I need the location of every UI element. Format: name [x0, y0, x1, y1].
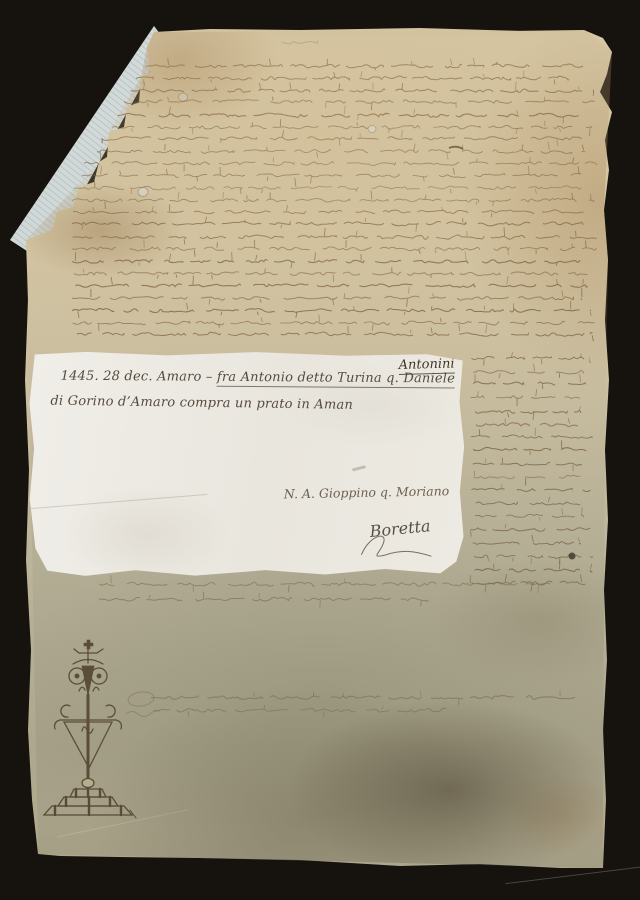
notarial-sign [44, 640, 136, 818]
top-faint-mark [282, 41, 319, 44]
slip-description-line: di Gorino d’Amaro compra un prato in Ama… [50, 394, 353, 413]
pencil-scribble [126, 690, 160, 716]
slip-crease [28, 494, 208, 509]
ink-smear [449, 147, 463, 149]
photo-stage: Antonini 1445. 28 dec. Amaro – fra Anton… [0, 0, 640, 900]
signature-flourish [355, 531, 439, 562]
ink-blot [569, 553, 576, 560]
notary-subscription-lines [151, 691, 575, 718]
archivist-slip: Antonini 1445. 28 dec. Amaro – fra Anton… [25, 348, 469, 585]
slip-date-text: 1445. 28 dec. Amaro – [61, 369, 217, 385]
slip-signature-1: N. A. Gioppino q. Moriano [284, 483, 450, 501]
main-text-block [72, 58, 597, 341]
below-slip-lines [99, 575, 550, 607]
parchment-holes [138, 93, 376, 197]
slip-date-line: 1445. 28 dec. Amaro – fra Antonio detto … [61, 369, 456, 387]
slip-party-text: fra Antonio detto Turina q. Daniele [217, 370, 455, 389]
slip-smudge [352, 465, 366, 471]
